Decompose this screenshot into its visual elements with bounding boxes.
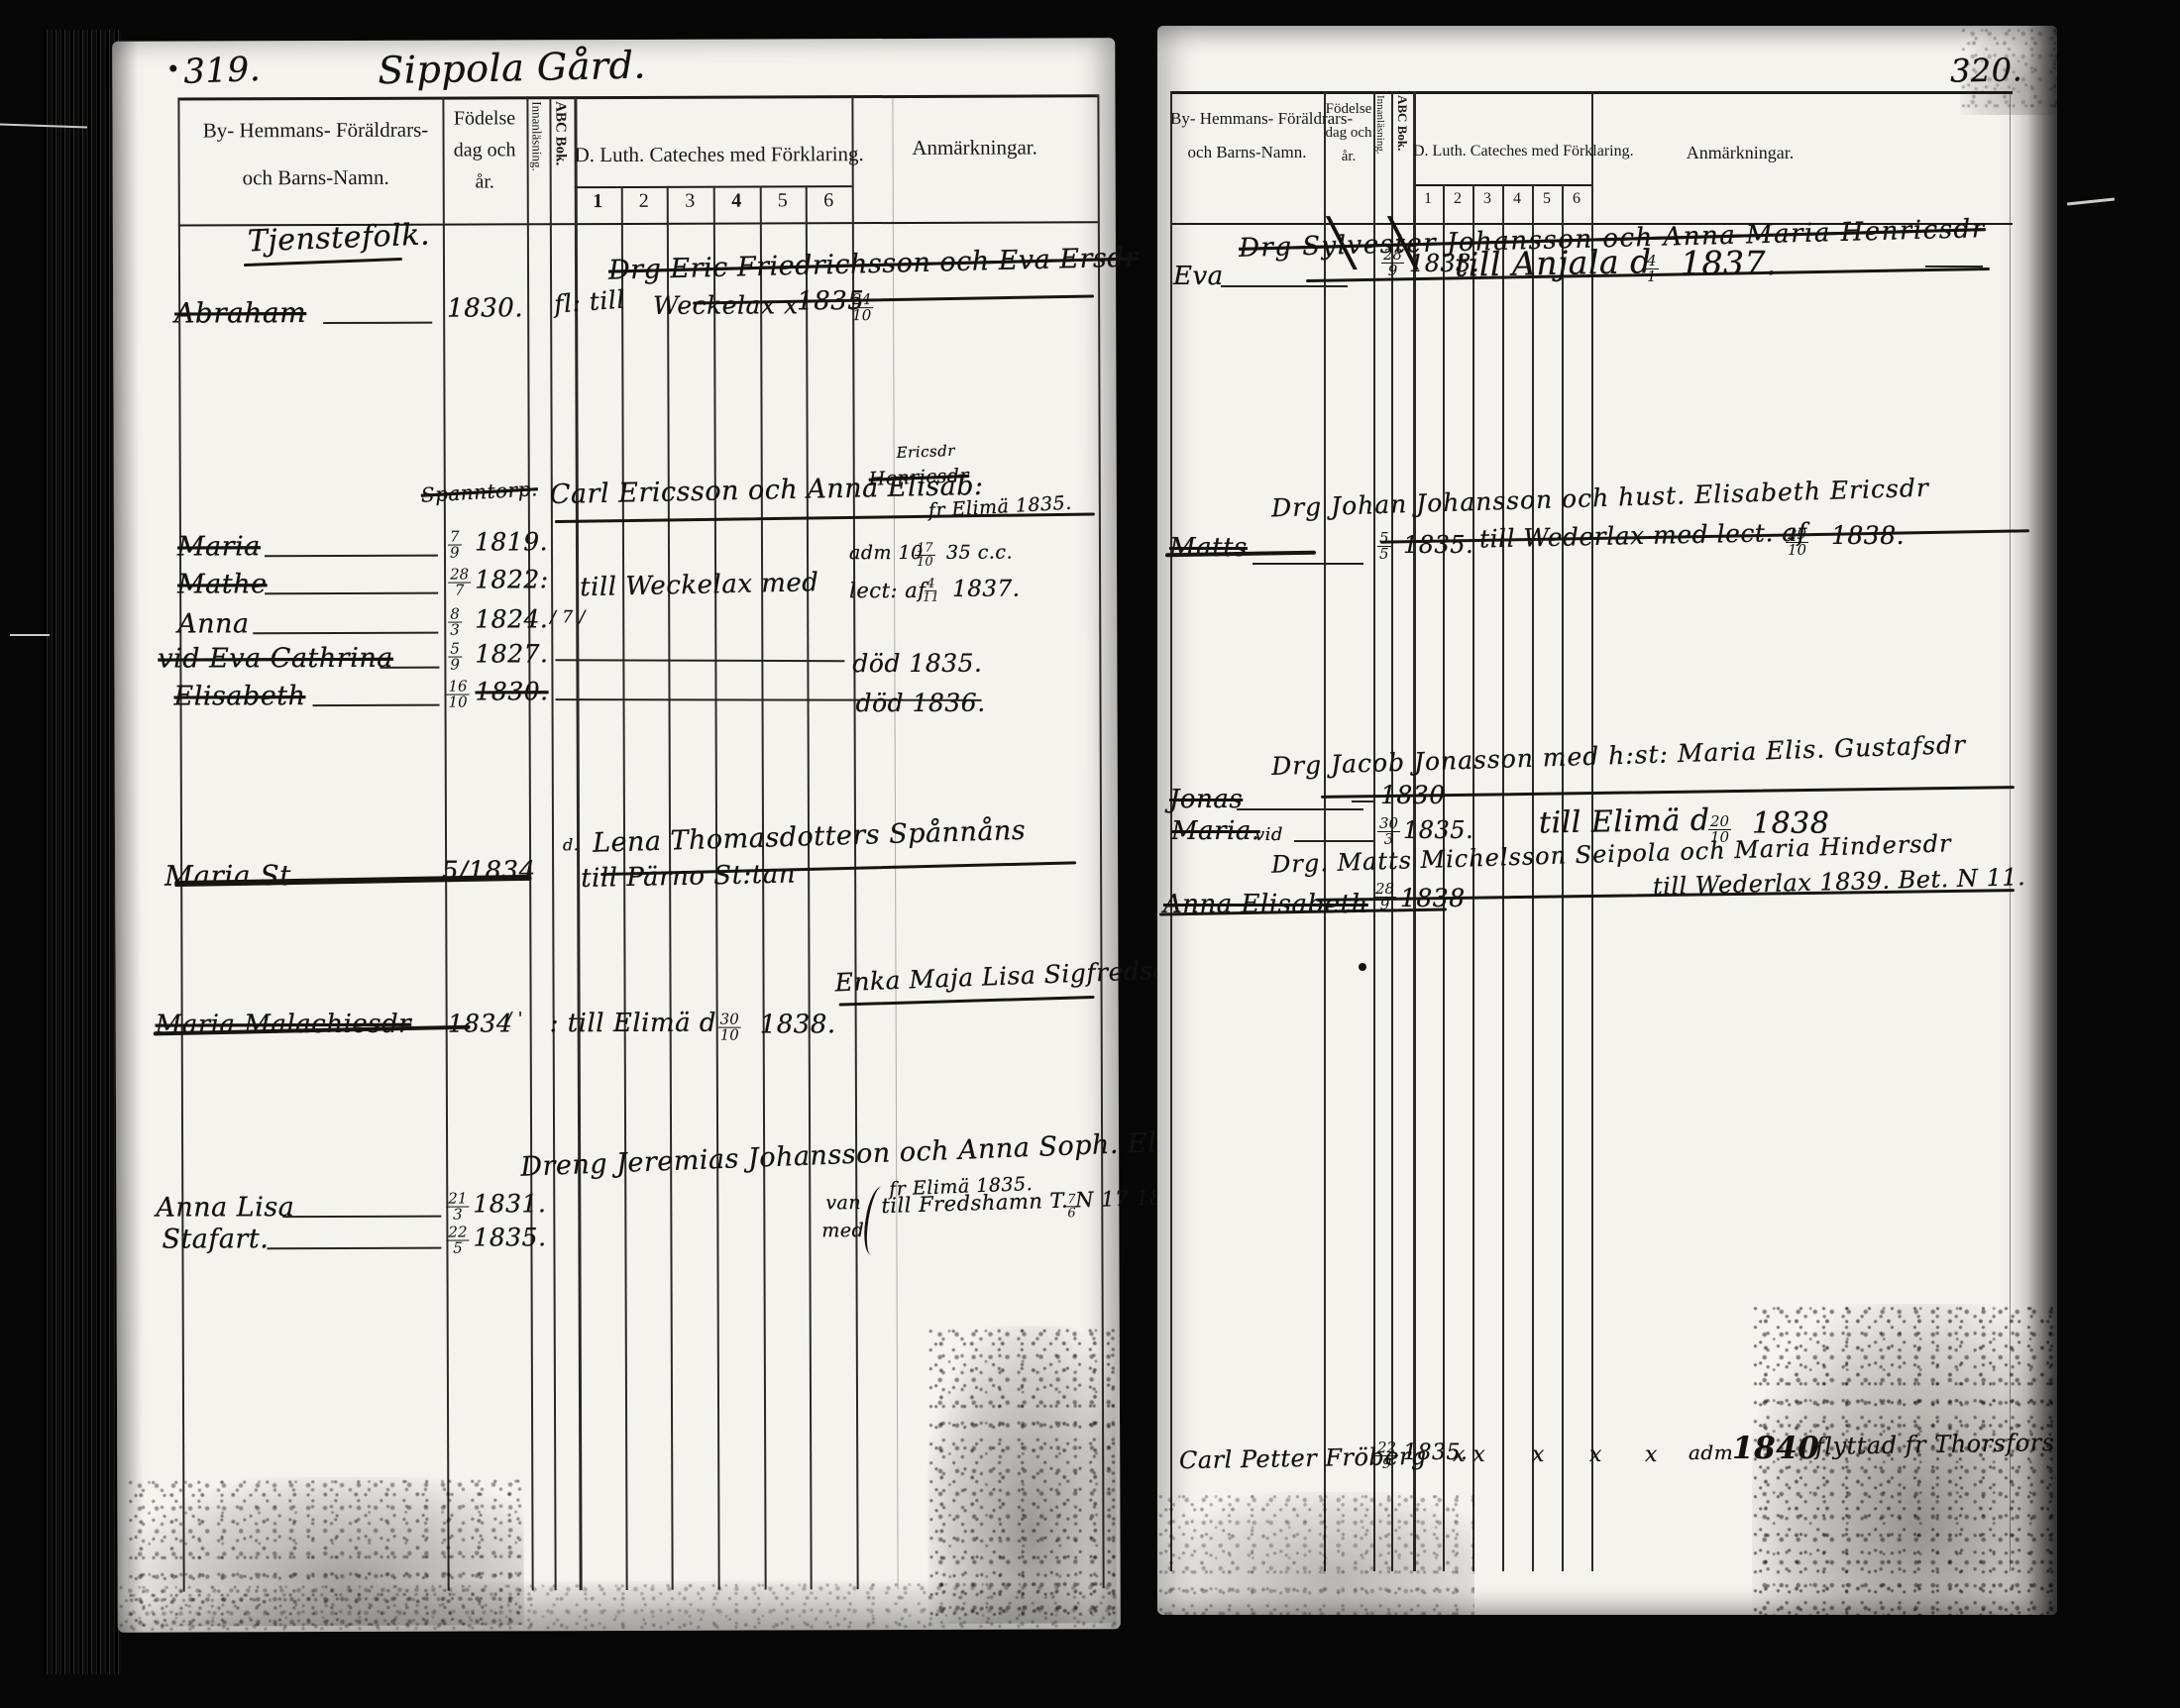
fraction-denominator: 10 <box>447 695 470 710</box>
ink-dash <box>265 555 438 558</box>
remark-note: till Wederlax 1839. Bet. N 11. <box>1653 863 2026 901</box>
ink-dash <box>313 704 440 706</box>
ink-dot <box>169 65 176 72</box>
catechism-subcolumn-label: 4 <box>1502 190 1532 208</box>
scratch-mark <box>2067 197 2115 205</box>
date-fraction: 22 5 <box>446 1226 469 1256</box>
birth-year: 1835. <box>1403 531 1473 559</box>
ink-dash <box>1221 285 1348 287</box>
ink-dash <box>555 659 844 662</box>
struck-word: Henricsdr <box>868 465 969 490</box>
catechism-mark: / 7 / <box>550 607 586 627</box>
birth-year: 1824. <box>475 604 548 633</box>
date-fraction: 28 7 <box>448 568 471 598</box>
struck-word: Spanntorp. <box>420 477 538 507</box>
catechism-subcolumn-label: 3 <box>667 190 713 213</box>
date-fraction: 5 9 <box>448 642 462 673</box>
remark-note: till Weckelax med <box>580 568 819 602</box>
scratch-mark <box>10 634 50 636</box>
remark-note: till Wederlax med lect. af <box>1479 518 1807 554</box>
fraction-numerator: 4 <box>925 578 936 591</box>
family-header: Drg Eric Friedrichsson och Eva Ersdr <box>608 243 1139 286</box>
fraction-denominator: 5 <box>451 1241 465 1256</box>
crossout-mark: ╲ <box>1328 216 1356 269</box>
date-fraction: 30 10 <box>718 1013 741 1043</box>
entry-name: Maria Malachiesdr <box>156 1010 412 1040</box>
fraction-denominator: 1 <box>1645 269 1659 284</box>
date-fraction: 7 6 <box>1065 1193 1077 1220</box>
date-fraction: 21 3 <box>446 1192 469 1223</box>
header-catechism-column-label: D. Luth. Cateches med Förklaring. <box>575 142 852 167</box>
birth-year: 1830. <box>447 293 523 323</box>
catechism-subcolumn-label: 3 <box>1472 190 1502 208</box>
entry-name: Maria. <box>1171 816 1260 846</box>
entry-name: Maria St <box>164 859 291 892</box>
birth-year: 1838 <box>1400 884 1466 912</box>
birth-year: 1819. <box>475 527 548 556</box>
entry-name: Maria <box>177 531 261 562</box>
fraction-denominator: 3 <box>1382 832 1396 847</box>
header-remarks-column-label: Anmärkningar. <box>852 135 1098 160</box>
remark-note: van <box>825 1192 861 1214</box>
header-name-column-label: By- Hemmans- Föräldrars- <box>1170 109 1324 129</box>
register-title: Sippola Gård. <box>378 44 647 93</box>
remark-note: till Anjala d <box>1455 242 1652 283</box>
header-line <box>177 94 1097 100</box>
ink-dash <box>1925 266 1983 267</box>
lead-mark: d. <box>563 835 579 854</box>
ink-stroke <box>839 996 1095 1007</box>
entry-name: Stafart. <box>162 1224 269 1254</box>
fraction-numerator: 17 <box>915 542 935 556</box>
column-line <box>1373 91 1375 1571</box>
catechism-mark: / ' <box>506 1009 523 1028</box>
header-birth-column-label: år. <box>1324 149 1373 165</box>
date-fraction: 8 3 <box>448 607 462 638</box>
remark-note: död 1836. <box>855 689 985 717</box>
date-fraction: 28 9 <box>1381 248 1404 278</box>
stain-speckle <box>1752 1304 2057 1615</box>
remark-note: adm <box>1689 1441 1733 1464</box>
stain-speckle <box>1157 1492 1474 1615</box>
remark-note: adm 10 <box>849 542 924 564</box>
remark-note: 1838. <box>760 1010 836 1039</box>
remark-note: död 1835. <box>852 649 982 678</box>
entry-name: Anna Lisa <box>156 1192 294 1223</box>
catechism-subcolumn-label: 5 <box>760 189 806 212</box>
family-header: Drg Johan Johansson och hust. Elisabeth … <box>1271 474 1930 523</box>
header-birth-column-label: Födelse <box>1324 101 1373 118</box>
date-fraction: 24 10 <box>850 292 873 323</box>
catechism-mark: x x <box>1453 1442 1485 1467</box>
correction-word: Ericsdr <box>896 442 955 462</box>
fraction-denominator: 10 <box>850 308 873 323</box>
fraction-denominator: 3 <box>448 623 462 638</box>
catechism-subcolumn-label: 6 <box>806 189 852 212</box>
remark-note: med <box>821 1220 864 1241</box>
scanned-register-spread: 319. Sippola Gård. By- Hemmans- Föräldra… <box>0 0 2180 1708</box>
fraction-denominator: 9 <box>1380 1456 1394 1471</box>
remark-note: till Elimä d <box>1539 802 1710 840</box>
fraction-denominator: 3 <box>451 1208 465 1223</box>
column-line <box>1472 184 1474 1571</box>
date-fraction: 28 9 <box>1373 882 1396 912</box>
catechism-mark: x <box>1589 1442 1602 1467</box>
header-birth-column-label: år. <box>443 170 527 193</box>
fraction-numerator: 7 <box>1065 1193 1077 1207</box>
ink-dash <box>1294 840 1373 842</box>
catechism-mark: x <box>1645 1442 1658 1467</box>
birth-year: 1830 <box>1380 781 1446 809</box>
header-catechism-column-label: D. Luth. Cateches med Förklaring. <box>1413 143 1591 160</box>
family-header: Enka Maja Lisa Sigfredsdr <box>834 955 1182 997</box>
column-line <box>526 96 533 1590</box>
fraction-denominator: 5 <box>1377 547 1391 562</box>
column-line <box>1443 184 1445 1571</box>
birth-year: 1834 <box>448 1009 513 1037</box>
left-page: 319. Sippola Gård. By- Hemmans- Föräldra… <box>112 38 1121 1633</box>
catechism-mark: Weckelax x <box>653 290 799 320</box>
catechism-subcolumn-label: 5 <box>1532 190 1562 208</box>
birth-year: 1835. <box>1403 816 1473 844</box>
entry-name: Elisabeth <box>173 681 305 711</box>
ink-dash <box>265 592 438 595</box>
column-line <box>1562 184 1564 1571</box>
stain-speckle <box>118 1579 1121 1633</box>
header-reading-column-label: Innanläsning. <box>528 101 544 220</box>
header-name-column-label: och Barns-Namn. <box>1170 143 1324 162</box>
fraction-denominator: 9 <box>1378 898 1392 912</box>
ink-dash <box>380 667 439 669</box>
stain-speckle <box>1960 26 2057 115</box>
birth-year: 1827. <box>475 639 548 668</box>
fraction-denominator: 6 <box>1065 1207 1077 1220</box>
fraction-denominator: 9 <box>1386 264 1400 278</box>
header-remarks-column-label: Anmärkningar. <box>1591 143 1889 163</box>
date-fraction: 4 1 <box>1645 254 1659 284</box>
header-birth-column-label: Födelse <box>442 107 526 130</box>
remark-note: 1837. <box>952 577 1020 602</box>
header-birth-column-label: dag och <box>1324 125 1373 142</box>
ink-dash <box>253 632 438 635</box>
catechism-subcolumn-label: 2 <box>1443 190 1472 208</box>
right-page: 320. By- Hemmans- Föräldrars- och Barns-… <box>1157 26 2057 1615</box>
entry-name: Eva <box>1173 262 1224 291</box>
entry-name: vid Eva Cathrina <box>158 643 393 675</box>
catechism-subcolumn-label: 2 <box>621 190 667 213</box>
birth-year: 1835. <box>473 1223 546 1251</box>
header-abc-column-label: ABC Bok. <box>1394 95 1410 219</box>
ink-dash <box>1352 801 1375 802</box>
date-fraction: 17 10 <box>915 542 935 569</box>
ink-stroke <box>244 258 402 267</box>
date-fraction: 29 10 <box>1786 527 1808 558</box>
date-fraction: 30 3 <box>1377 816 1400 847</box>
fraction-denominator: 9 <box>448 546 462 561</box>
column-line <box>1502 184 1504 1571</box>
ink-dot <box>1359 963 1366 971</box>
entry-name: Jonas <box>1169 785 1243 814</box>
column-line <box>1324 91 1326 1571</box>
column-line <box>806 185 813 1589</box>
date-fraction: 5 5 <box>1377 531 1391 562</box>
header-abc-column-label: ABC Bok. <box>551 101 568 220</box>
birth-year: 1831. <box>473 1189 546 1218</box>
date-fraction: 16 10 <box>446 680 469 710</box>
birth-year: 1822: <box>475 565 549 593</box>
entry-name: Mathe <box>177 569 268 599</box>
catechism-subcolumn-label: 1 <box>1413 190 1443 208</box>
catechism-subcolumn-label: 4 <box>713 189 760 212</box>
birth-year: 1830. <box>475 677 548 705</box>
book-spine <box>44 30 121 1674</box>
page-edge-shadow <box>112 42 144 1633</box>
fraction-denominator: 10 <box>718 1028 741 1043</box>
date-fraction: 22 9 <box>1375 1441 1398 1471</box>
entry-name: Abraham <box>174 296 306 329</box>
remark-note: 35 c.c. <box>946 542 1013 564</box>
section-heading: Tjenstefolk. <box>247 217 430 259</box>
remark-note: lect: af <box>849 579 926 602</box>
remark-note: : till Elimä d <box>550 1009 716 1039</box>
entry-name: Anna <box>177 608 249 639</box>
remark-note: till Pärno St:tan <box>581 859 796 894</box>
header-name-column-label: och Barns-Namn. <box>192 165 440 191</box>
fraction-denominator: 10 <box>915 556 935 569</box>
ink-dash <box>1253 563 1363 565</box>
family-header: Lena Thomasdotters Spånnåns <box>593 815 1027 859</box>
catechism-mark: fl: till <box>553 285 626 319</box>
remark-note: 1837. <box>1681 244 1777 282</box>
ink-dash <box>323 322 432 324</box>
fraction-denominator: 9 <box>448 658 462 673</box>
entry-annotation: vid <box>1254 824 1283 845</box>
ink-dash <box>282 1216 441 1219</box>
fraction-denominator: 11 <box>921 591 941 604</box>
ink-stroke <box>555 512 1095 523</box>
page-number: 319. <box>183 50 262 92</box>
header-name-column-label: By- Hemmans- Föräldrars- <box>191 118 439 144</box>
catechism-subcolumn-label: 6 <box>1562 190 1591 208</box>
remark-note: 1838. <box>1831 521 1905 550</box>
column-line <box>1532 184 1534 1571</box>
column-line <box>549 96 556 1590</box>
catechism-mark: x <box>1532 1442 1545 1467</box>
header-reading-column-label: Innanläsning. <box>1374 95 1386 219</box>
date-fraction: 7 9 <box>448 530 462 561</box>
fraction-denominator: 7 <box>453 584 467 598</box>
fraction-denominator: 10 <box>1786 543 1808 558</box>
date-fraction: 4 11 <box>921 578 941 604</box>
header-birth-column-label: dag och <box>443 139 527 161</box>
ink-dash <box>1237 808 1363 810</box>
ink-dash <box>267 1247 441 1250</box>
catechism-subcolumn-label: 1 <box>575 190 621 213</box>
entry-name: Matts <box>1169 533 1248 563</box>
